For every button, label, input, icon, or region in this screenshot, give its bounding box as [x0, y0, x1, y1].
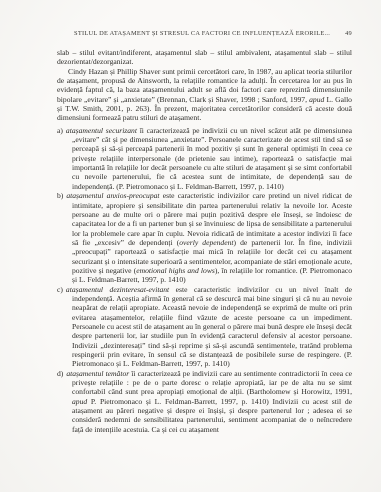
page-body: slab – stilul evitant/indiferent, atașam…: [57, 48, 352, 434]
item-marker-a: a): [57, 126, 66, 135]
item-marker-c: c): [57, 285, 66, 294]
page-number: 49: [345, 30, 352, 37]
item-text-d: atașamentul temător îi caracterizează pe…: [66, 369, 352, 434]
paragraph-continuation: slab – stilul evitant/indiferent, atașam…: [57, 48, 352, 67]
running-header-title: STILUL DE ATAȘAMENT ȘI STRESUL CA FACTOR…: [57, 30, 337, 37]
list-item-d: d)atașamentul temător îi caracterizează …: [57, 369, 352, 434]
list-item-b: b)atașamentul anxios-preocupat este cara…: [57, 191, 352, 284]
document-page: STILUL DE ATAȘAMENT ȘI STRESUL CA FACTOR…: [0, 0, 381, 492]
running-header: STILUL DE ATAȘAMENT ȘI STRESUL CA FACTOR…: [57, 30, 352, 37]
list-item-a: a)atașamentul securizant îi caracterizea…: [57, 126, 352, 191]
item-marker-b: b): [57, 191, 66, 200]
item-text-a: atașamentul securizant îi caracterizează…: [66, 126, 352, 191]
item-text-c: atașamentul dezinteresat-evitant este ca…: [66, 285, 352, 369]
item-marker-d: d): [57, 369, 66, 378]
item-text-b: atașamentul anxios-preocupat este caract…: [66, 191, 352, 284]
list-item-c: c)atașamentul dezinteresat-evitant este …: [57, 285, 352, 369]
attachment-styles-list: a)atașamentul securizant îi caracterizea…: [57, 126, 352, 434]
paragraph-intro: Cindy Hazan și Phillip Shaver sunt primi…: [57, 67, 352, 123]
